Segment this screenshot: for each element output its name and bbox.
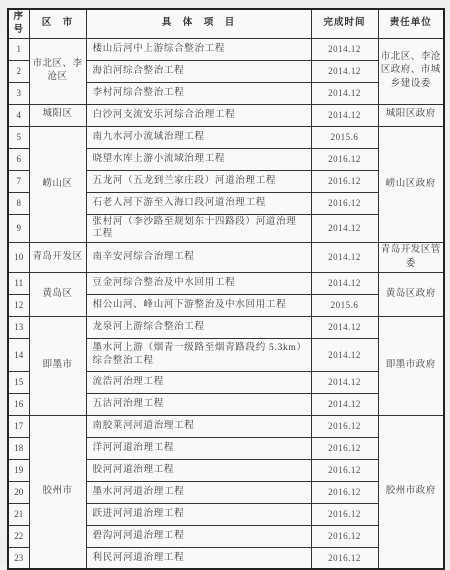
cell-project: 张村河（李沙路至规划东十四路段）河道治理工程	[86, 214, 311, 243]
cell-deadline: 2016.12	[311, 170, 378, 192]
cell-deadline: 2014.12	[311, 316, 378, 338]
cell-project: 洋河河道治理工程	[86, 437, 311, 459]
cell-project: 胶河河道治理工程	[86, 459, 311, 481]
cell-serial-number: 16	[8, 393, 29, 415]
cell-district: 城阳区	[29, 104, 86, 126]
cell-project: 相公山河、峰山河下游整治及中水回用工程	[86, 294, 311, 316]
header-district: 区 市	[29, 9, 86, 38]
cell-deadline: 2016.12	[311, 459, 378, 481]
cell-project: 五沽河治理工程	[86, 393, 311, 415]
scanned-document-page: 序号 区 市 具 体 项 目 完成时间 责任单位 1 市北区、李沧区 楼山后河中…	[0, 0, 450, 563]
cell-project: 白沙河支流安乐河综合治理工程	[86, 104, 311, 126]
cell-serial-number: 23	[8, 547, 29, 569]
cell-serial-number: 1	[8, 38, 29, 60]
cell-deadline: 2015.6	[311, 294, 378, 316]
cell-project: 利民河河道治理工程	[86, 547, 311, 569]
table-row: 13 即墨市 龙泉河上游综合整治工程 2014.12 即墨市政府	[8, 316, 444, 338]
cell-serial-number: 6	[8, 148, 29, 170]
cell-deadline: 2016.12	[311, 547, 378, 569]
cell-deadline: 2016.12	[311, 415, 378, 437]
cell-serial-number: 4	[8, 104, 29, 126]
cell-district: 黄岛区	[29, 272, 86, 316]
cell-district: 胶州市	[29, 415, 86, 569]
cell-responsible-unit: 青岛开发区管委	[378, 243, 444, 273]
table-row: 4 城阳区 白沙河支流安乐河综合治理工程 2014.12 城阳区政府	[8, 104, 444, 126]
header-deadline: 完成时间	[311, 9, 378, 38]
cell-deadline: 2014.12	[311, 104, 378, 126]
cell-project: 南胶莱河河道治理工程	[86, 415, 311, 437]
cell-serial-number: 17	[8, 415, 29, 437]
cell-serial-number: 9	[8, 214, 29, 243]
header-responsible-unit: 责任单位	[378, 9, 444, 38]
cell-project: 海泊河综合整治工程	[86, 60, 311, 82]
cell-project: 墨水河河道治理工程	[86, 481, 311, 503]
cell-serial-number: 5	[8, 126, 29, 148]
cell-serial-number: 10	[8, 243, 29, 273]
cell-project: 流浩河治理工程	[86, 371, 311, 393]
cell-responsible-unit: 城阳区政府	[378, 104, 444, 126]
cell-project: 石老人河下游至入海口段河道治理工程	[86, 192, 311, 214]
cell-serial-number: 11	[8, 272, 29, 294]
cell-district: 崂山区	[29, 126, 86, 243]
cell-deadline: 2016.12	[311, 148, 378, 170]
cell-district: 青岛开发区	[29, 243, 86, 273]
table-row: 5 崂山区 南九水河小流域治理工程 2015.6 崂山区政府	[8, 126, 444, 148]
cell-deadline: 2014.12	[311, 60, 378, 82]
cell-serial-number: 7	[8, 170, 29, 192]
cell-serial-number: 21	[8, 503, 29, 525]
cell-serial-number: 2	[8, 60, 29, 82]
cell-responsible-unit: 市北区、李沧区政府、市城乡建设委	[378, 38, 444, 104]
cell-project: 晓望水库上游小流域治理工程	[86, 148, 311, 170]
cell-serial-number: 8	[8, 192, 29, 214]
cell-project: 楼山后河中上游综合整治工程	[86, 38, 311, 60]
cell-deadline: 2016.12	[311, 481, 378, 503]
table-row: 11 黄岛区 豆金河综合整治及中水回用工程 2014.12 黄岛区政府	[8, 272, 444, 294]
cell-serial-number: 15	[8, 371, 29, 393]
cell-serial-number: 12	[8, 294, 29, 316]
cell-serial-number: 14	[8, 338, 29, 371]
projects-table: 序号 区 市 具 体 项 目 完成时间 责任单位 1 市北区、李沧区 楼山后河中…	[7, 8, 445, 570]
cell-deadline: 2014.12	[311, 393, 378, 415]
cell-responsible-unit: 黄岛区政府	[378, 272, 444, 316]
cell-deadline: 2015.6	[311, 126, 378, 148]
cell-deadline: 2014.12	[311, 38, 378, 60]
cell-district: 即墨市	[29, 316, 86, 415]
cell-serial-number: 13	[8, 316, 29, 338]
cell-deadline: 2014.12	[311, 82, 378, 104]
table-header-row: 序号 区 市 具 体 项 目 完成时间 责任单位	[8, 9, 444, 38]
table-row: 10 青岛开发区 南辛安河综合治理工程 2014.12 青岛开发区管委	[8, 243, 444, 273]
cell-deadline: 2016.12	[311, 503, 378, 525]
cell-project: 李村河综合整治工程	[86, 82, 311, 104]
cell-project: 龙泉河上游综合整治工程	[86, 316, 311, 338]
cell-project: 南辛安河综合治理工程	[86, 243, 311, 273]
cell-responsible-unit: 即墨市政府	[378, 316, 444, 415]
cell-project: 墨水河上游（烟青一级路至烟青路段约 5.3km）综合整治工程	[86, 338, 311, 371]
cell-project: 豆金河综合整治及中水回用工程	[86, 272, 311, 294]
cell-deadline: 2014.12	[311, 243, 378, 273]
table-row: 17 胶州市 南胶莱河河道治理工程 2016.12 胶州市政府	[8, 415, 444, 437]
cell-deadline: 2014.12	[311, 371, 378, 393]
cell-deadline: 2016.12	[311, 525, 378, 547]
cell-serial-number: 18	[8, 437, 29, 459]
header-project: 具 体 项 目	[86, 9, 311, 38]
cell-project: 跃进河河道治理工程	[86, 503, 311, 525]
header-serial-number: 序号	[8, 9, 29, 38]
cell-serial-number: 20	[8, 481, 29, 503]
cell-deadline: 2016.12	[311, 192, 378, 214]
cell-project: 南九水河小流域治理工程	[86, 126, 311, 148]
cell-project: 碧沟河河道治理工程	[86, 525, 311, 547]
cell-deadline: 2014.12	[311, 214, 378, 243]
cell-district: 市北区、李沧区	[29, 38, 86, 104]
cell-project: 五龙河（五龙到兰家庄段）河道治理工程	[86, 170, 311, 192]
cell-deadline: 2014.12	[311, 272, 378, 294]
cell-deadline: 2016.12	[311, 437, 378, 459]
cell-responsible-unit: 崂山区政府	[378, 126, 444, 243]
cell-serial-number: 19	[8, 459, 29, 481]
cell-responsible-unit: 胶州市政府	[378, 415, 444, 569]
cell-serial-number: 3	[8, 82, 29, 104]
table-row: 1 市北区、李沧区 楼山后河中上游综合整治工程 2014.12 市北区、李沧区政…	[8, 38, 444, 60]
cell-deadline: 2014.12	[311, 338, 378, 371]
cell-serial-number: 22	[8, 525, 29, 547]
